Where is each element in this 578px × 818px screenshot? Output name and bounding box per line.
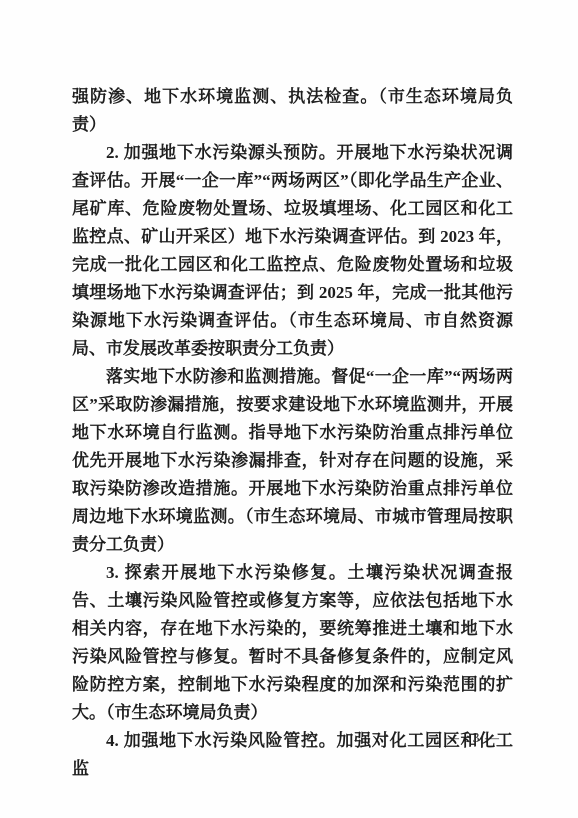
paragraph: 落实地下水防渗和监测措施。督促“一企一库”“两场两区”采取防渗漏措施，按要求建设… [72, 363, 513, 559]
paragraph-text: 强防渗、地下水环境监测、执法检查。（市生态环境局负责） [72, 87, 513, 134]
document-page: 强防渗、地下水环境监测、执法检查。（市生态环境局负责） 2. 加强地下水污染源头… [0, 0, 578, 818]
paragraph: 强防渗、地下水环境监测、执法检查。（市生态环境局负责） [72, 83, 513, 139]
page-number: — 33 — [445, 731, 500, 747]
page-number-text: — 33 — [445, 731, 500, 746]
paragraph: 3. 探索开展地下水污染修复。土壤污染状况调查报告、土壤污染风险管控或修复方案等… [72, 559, 513, 727]
paragraph-text: 土壤污染状况调查报告、土壤污染风险管控或修复方案等，应依法包括地下水相关内容，存… [72, 563, 513, 722]
paragraph-text: 开展地下水污染状况调查评估。开展“一企一库”“两场两区”（即化学品生产企业、尾矿… [72, 143, 513, 358]
paragraph-lead: 2. 加强地下水污染源头预防。 [106, 143, 336, 162]
paragraph: 2. 加强地下水污染源头预防。开展地下水污染状况调查评估。开展“一企一库”“两场… [72, 139, 513, 363]
paragraph-lead: 落实地下水防渗和监测措施。 [106, 367, 331, 386]
document-body: 强防渗、地下水环境监测、执法检查。（市生态环境局负责） 2. 加强地下水污染源头… [72, 83, 513, 783]
paragraph-text: 督促“一企一库”“两场两区”采取防渗漏措施，按要求建设地下水环境监测井，开展地下… [72, 367, 513, 554]
paragraph-lead: 4. 加强地下水污染风险管控。 [106, 731, 336, 750]
paragraph-lead: 3. 探索开展地下水污染修复。 [106, 563, 347, 582]
